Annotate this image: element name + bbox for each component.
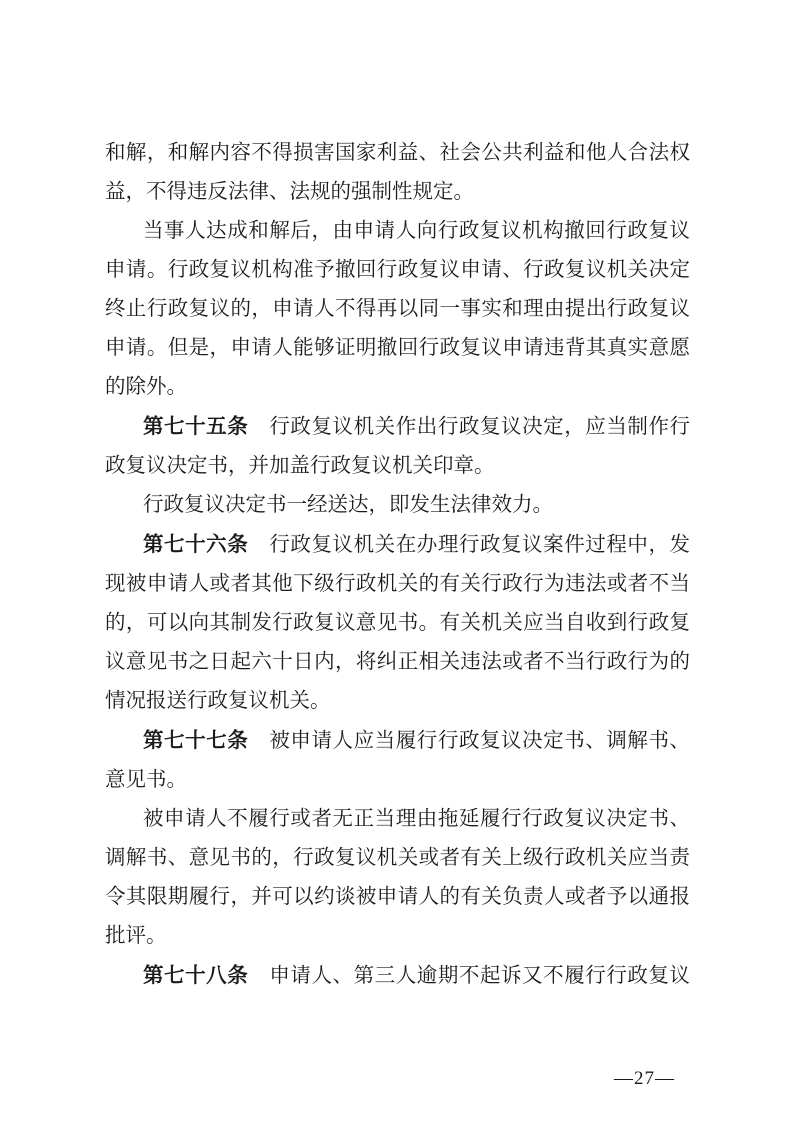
page-number: —27—	[614, 1068, 675, 1090]
article-number: 第七十七条	[143, 729, 248, 752]
text-line: 情况报送行政复议机关。	[105, 682, 690, 721]
text-line: 第七十五条 行政复议机关作出行政复议决定，应当制作行	[105, 407, 690, 447]
text-line: 被申请人不履行或者无正当理由拖延履行行政复议决定书、	[105, 800, 690, 839]
text-line: 申请。但是，申请人能够证明撤回行政复议申请违背其真实意愿	[105, 329, 690, 368]
text-line: 令其限期履行，并可以约谈被申请人的有关负责人或者予以通报	[105, 878, 690, 917]
line-text: 申请人、第三人逾期不起诉又不履行行政复议	[248, 965, 690, 987]
line-text: 行政复议机关在办理行政复议案件过程中，发	[248, 534, 690, 556]
text-line: 议意见书之日起六十日内，将纠正相关违法或者不当行政行为的	[105, 643, 690, 682]
text-line: 行政复议决定书一经送达，即发生法律效力。	[105, 486, 690, 525]
text-line: 当事人达成和解后，由申请人向行政复议机构撤回行政复议	[105, 212, 690, 251]
text-line: 意见书。	[105, 761, 690, 800]
article-number: 第七十八条	[143, 964, 248, 987]
text-line: 第七十八条 申请人、第三人逾期不起诉又不履行行政复议	[105, 956, 690, 996]
text-line: 政复议决定书，并加盖行政复议机关印章。	[105, 447, 690, 486]
text-line: 现被申请人或者其他下级行政机关的有关行政行为违法或者不当	[105, 565, 690, 604]
text-line: 第七十六条 行政复议机关在办理行政复议案件过程中，发	[105, 525, 690, 565]
text-line: 的除外。	[105, 368, 690, 407]
article-number: 第七十五条	[143, 415, 248, 438]
document-body: 和解，和解内容不得损害国家利益、社会公共利益和他人合法权益，不得违反法律、法规的…	[105, 134, 690, 996]
text-line: 益，不得违反法律、法规的强制性规定。	[105, 173, 690, 212]
text-line: 终止行政复议的，申请人不得再以同一事实和理由提出行政复议	[105, 290, 690, 329]
text-line: 申请。行政复议机构准予撤回行政复议申请、行政复议机关决定	[105, 251, 690, 290]
document-page: 和解，和解内容不得损害国家利益、社会公共利益和他人合法权益，不得违反法律、法规的…	[0, 0, 793, 1122]
text-line: 调解书、意见书的，行政复议机关或者有关上级行政机关应当责	[105, 839, 690, 878]
text-line: 第七十七条 被申请人应当履行行政复议决定书、调解书、	[105, 721, 690, 761]
article-number: 第七十六条	[143, 533, 248, 556]
text-line: 和解，和解内容不得损害国家利益、社会公共利益和他人合法权	[105, 134, 690, 173]
line-text: 被申请人应当履行行政复议决定书、调解书、	[248, 730, 690, 752]
text-line: 的，可以向其制发行政复议意见书。有关机关应当自收到行政复	[105, 604, 690, 643]
line-text: 行政复议机关作出行政复议决定，应当制作行	[248, 416, 690, 438]
text-line: 批评。	[105, 917, 690, 956]
